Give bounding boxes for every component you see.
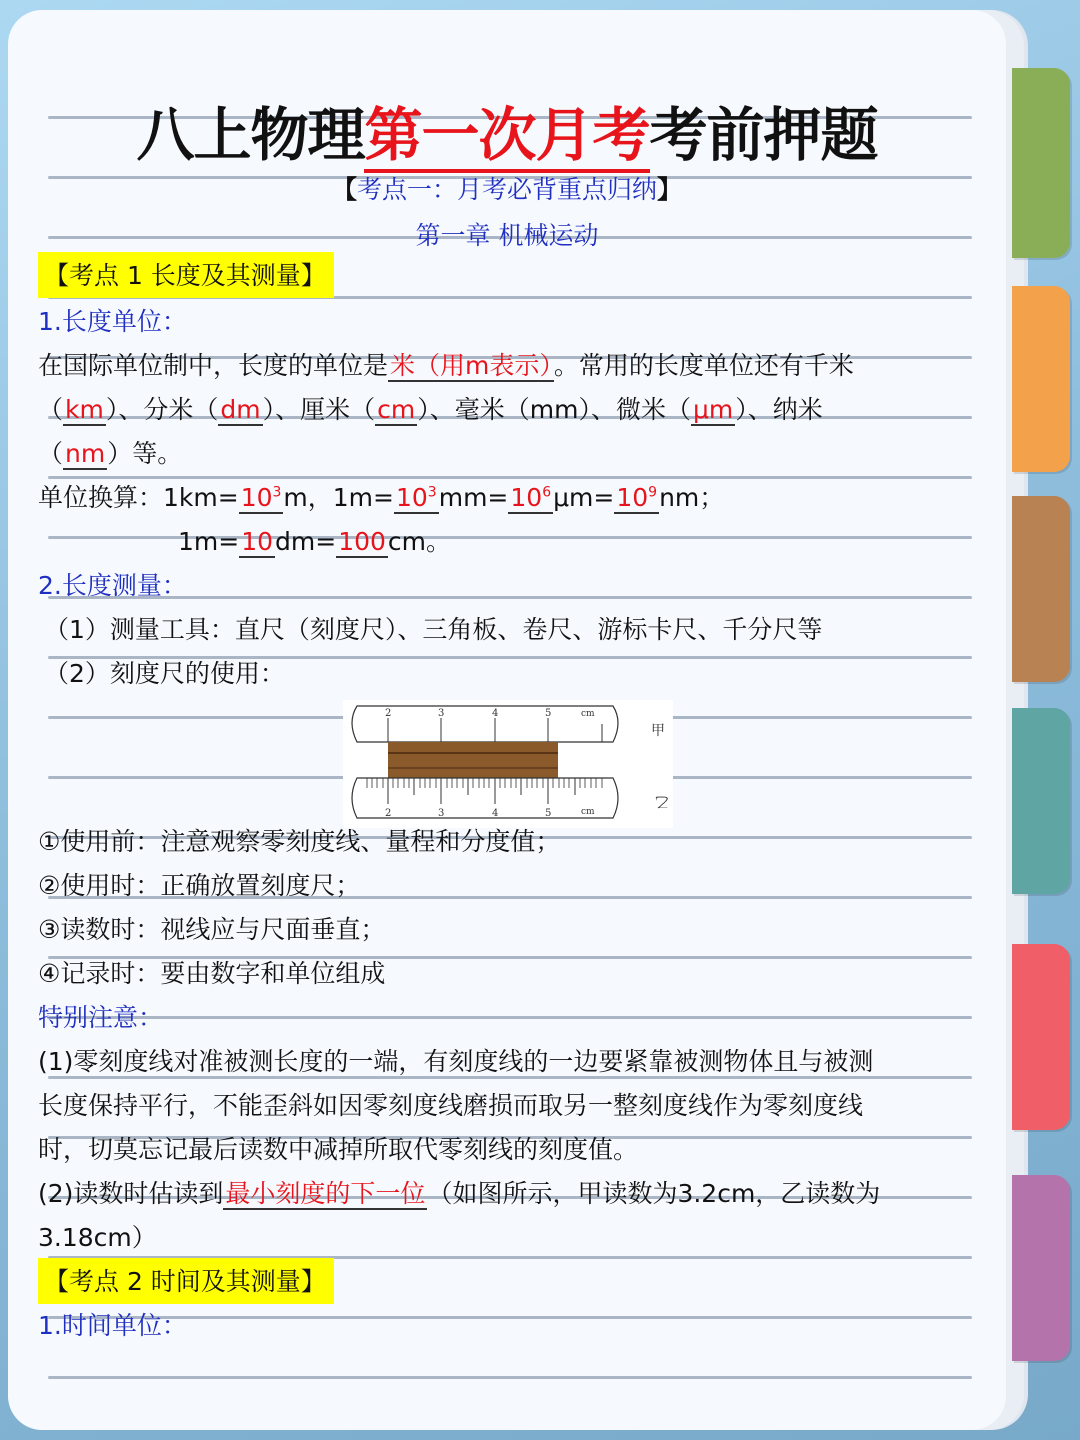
subheading-time-units: 1.时间单位： (38, 1306, 187, 1342)
answer-blank: cm (375, 395, 417, 426)
bracket-close: 】 (657, 175, 682, 204)
text: ）、纳米 (735, 395, 823, 424)
value: 10 (510, 483, 542, 512)
step-item: ④记录时：要由数字和单位组成 (38, 954, 385, 990)
exponent: 3 (428, 485, 437, 501)
answer-blank: μm (691, 395, 735, 426)
text: ）、厘米（ (263, 395, 376, 424)
tab-brown[interactable] (1012, 496, 1070, 682)
bracket-open: 【 (332, 175, 357, 204)
answer-blank: 109 (614, 483, 659, 514)
title-part1: 八上物理 (136, 101, 364, 169)
topic-heading-2: 【考点 2 时间及其测量】 (38, 1258, 334, 1304)
answer-blank: 10 (239, 527, 275, 558)
svg-text:3: 3 (438, 708, 444, 719)
tab-purple[interactable] (1012, 1175, 1070, 1361)
note-line: (2)读数时估读到最小刻度的下一位（如图所示，甲读数为3.2cm，乙读数为 (38, 1174, 880, 1210)
answer-blank: 106 (508, 483, 553, 514)
svg-text:2: 2 (385, 708, 391, 719)
tools-line: （1）测量工具：直尺（刻度尺）、三角板、卷尺、游标卡尺、千分尺等 (44, 610, 822, 646)
exponent: 9 (648, 485, 657, 501)
text: μm= (553, 483, 614, 512)
subtitle-text: 考点一：月考必背重点归纳 (357, 175, 657, 204)
text: （ (38, 395, 63, 424)
text: m，1m= (283, 483, 394, 512)
note-heading: 特别注意： (38, 998, 163, 1034)
text: cm。 (388, 527, 451, 556)
svg-text:3: 3 (438, 808, 444, 819)
text: mm= (439, 483, 509, 512)
label-jia: 甲 (651, 720, 665, 740)
text: 。常用的长度单位还有千米 (554, 351, 854, 380)
value: 10 (396, 483, 428, 512)
value: 10 (616, 483, 648, 512)
step-item: ①使用前：注意观察零刻度线、量程和分度值； (38, 822, 560, 858)
text: （如图所示，甲读数为3.2cm，乙读数为 (427, 1179, 880, 1208)
step-item: ②使用时：正确放置刻度尺； (38, 866, 360, 902)
paragraph-line: （km）、分米（dm）、厘米（cm）、毫米（mm）、微米（μm）、纳米 (38, 390, 823, 426)
svg-text:5: 5 (545, 808, 551, 819)
text: ）等。 (107, 439, 182, 468)
paragraph-line: （nm）等。 (38, 434, 182, 470)
svg-text:cm: cm (581, 807, 595, 817)
tab-teal[interactable] (1012, 708, 1070, 894)
text: dm= (275, 527, 336, 556)
unit-conversion-line-2: 1m=10dm=100cm。 (178, 522, 451, 558)
notebook-page: 八上物理第一次月考考前押题 【考点一：月考必背重点归纳】 第一章 机械运动 【考… (8, 10, 1006, 1430)
paragraph-line: 在国际单位制中，长度的单位是米（用m表示）。常用的长度单位还有千米 (38, 346, 854, 382)
svg-text:4: 4 (492, 708, 498, 719)
answer-blank: 最小刻度的下一位 (223, 1179, 427, 1210)
ruler-figure: 2 3 4 5 cm (343, 700, 673, 828)
text: ）、毫米（mm）、微米（ (417, 395, 691, 424)
text: nm； (659, 483, 724, 512)
exponent: 3 (273, 485, 282, 501)
usage-line: （2）刻度尺的使用： (44, 654, 285, 690)
text: 单位换算：1km= (38, 483, 239, 512)
exponent: 6 (542, 485, 551, 501)
label-yi: 乙 (655, 792, 669, 812)
tab-red[interactable] (1012, 944, 1070, 1130)
title-highlight: 第一次月考 (364, 101, 649, 173)
answer-blank: 100 (336, 527, 388, 558)
text: 在国际单位制中，长度的单位是 (38, 351, 388, 380)
answer-blank: km (63, 395, 106, 426)
title-part2: 考前押题 (650, 101, 878, 169)
text: (2)读数时估读到 (38, 1179, 223, 1208)
svg-text:2: 2 (385, 808, 391, 819)
topic-heading-1: 【考点 1 长度及其测量】 (38, 252, 334, 298)
svg-text:5: 5 (545, 708, 551, 719)
answer-blank: 103 (394, 483, 439, 514)
tab-green[interactable] (1012, 68, 1070, 258)
svg-text:cm: cm (581, 709, 595, 719)
answer-blank: 米（用m表示） (388, 351, 554, 382)
answer-blank: nm (63, 439, 107, 470)
subheading-length-units: 1.长度单位： (38, 302, 187, 338)
chapter-title: 第一章 机械运动 (8, 216, 1006, 252)
value: 10 (241, 483, 273, 512)
note-line: (1)零刻度线对准被测长度的一端，有刻度线的一边要紧靠被测物体且与被测 (38, 1042, 873, 1078)
answer-blank: 103 (239, 483, 284, 514)
section-subtitle: 【考点一：月考必背重点归纳】 (8, 170, 1006, 206)
tab-orange[interactable] (1012, 286, 1070, 472)
page-title: 八上物理第一次月考考前押题 (8, 88, 1006, 172)
text: （ (38, 439, 63, 468)
text: ）、分米（ (106, 395, 219, 424)
note-line: 时，切莫忘记最后读数中减掉所取代零刻线的刻度值。 (38, 1130, 638, 1166)
answer-blank: dm (218, 395, 262, 426)
subheading-length-measurement: 2.长度测量： (38, 566, 187, 602)
svg-text:4: 4 (492, 808, 498, 819)
text: 1m= (178, 527, 239, 556)
note-line: 长度保持平行，不能歪斜如因零刻度线磨损而取另一整刻度线作为零刻度线 (38, 1086, 863, 1122)
note-line: 3.18cm） (38, 1218, 157, 1254)
step-item: ③读数时：视线应与尺面垂直； (38, 910, 385, 946)
unit-conversion-line: 单位换算：1km=103m，1m=103mm=106μm=109nm； (38, 478, 724, 514)
